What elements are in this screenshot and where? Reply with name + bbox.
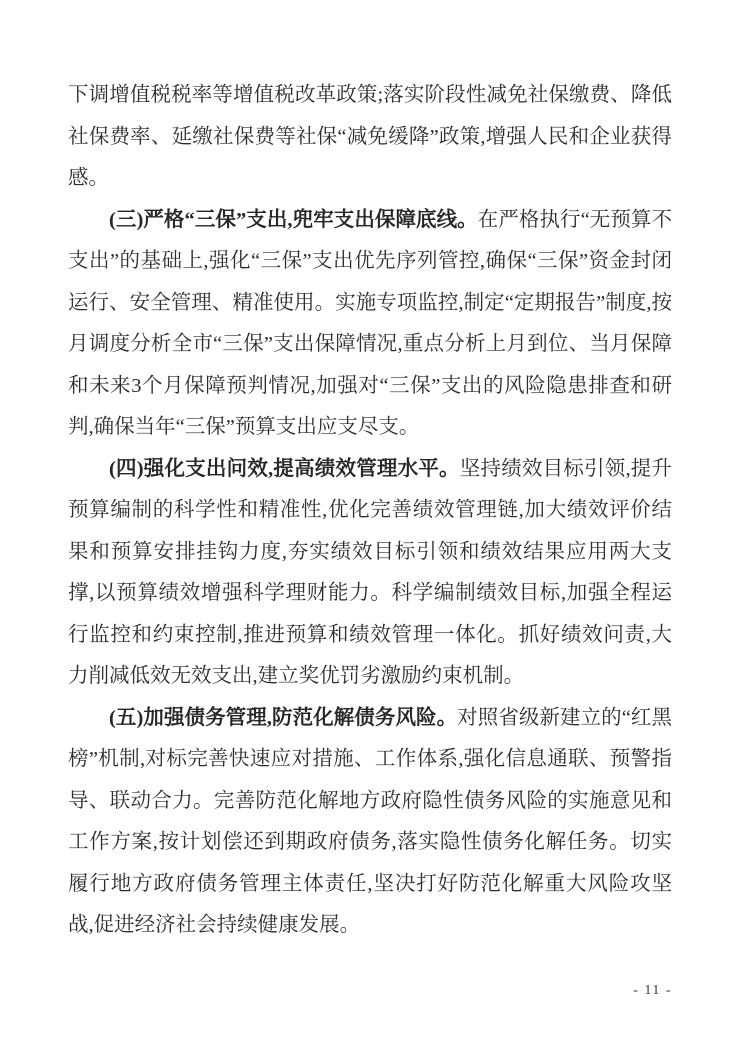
paragraph-text: 下调增值税税率等增值税改革政策;落实阶段性减免社保缴费、降低社保费率、延缴社保费… <box>68 84 672 189</box>
document-page: 下调增值税税率等增值税改革政策;落实阶段性减免社保缴费、降低社保费率、延缴社保费… <box>0 0 740 1043</box>
paragraph-lead: (四)强化支出问效,提高绩效管理水平。 <box>109 458 460 480</box>
paragraph: (五)加强债务管理,防范化解债务风险。对照省级新建立的“红黑榜”机制,对标完善快… <box>68 698 672 947</box>
paragraph: 下调增值税税率等增值税改革政策;落实阶段性减免社保缴费、降低社保费率、延缴社保费… <box>68 75 672 200</box>
paragraph-lead: (三)严格“三保”支出,兜牢支出保障底线。 <box>109 209 478 231</box>
document-body: 下调增值税税率等增值税改革政策;落实阶段性减免社保缴费、降低社保费率、延缴社保费… <box>68 75 672 947</box>
paragraph-lead: (五)加强债务管理,防范化解债务风险。 <box>109 707 457 729</box>
paragraph: (四)强化支出问效,提高绩效管理水平。坚持绩效目标引领,提升预算编制的科学性和精… <box>68 449 672 698</box>
paragraph-text: 坚持绩效目标引领,提升预算编制的科学性和精准性,优化完善绩效管理链,加大绩效评价… <box>68 458 672 688</box>
paragraph-text: 对照省级新建立的“红黑榜”机制,对标完善快速应对措施、工作体系,强化信息通联、预… <box>68 707 672 937</box>
page-number: - 11 - <box>633 983 672 999</box>
paragraph-text: 在严格执行“无预算不支出”的基础上,强化“三保”支出优先序列管控,确保“三保”资… <box>68 209 672 439</box>
paragraph: (三)严格“三保”支出,兜牢支出保障底线。在严格执行“无预算不支出”的基础上,强… <box>68 200 672 449</box>
